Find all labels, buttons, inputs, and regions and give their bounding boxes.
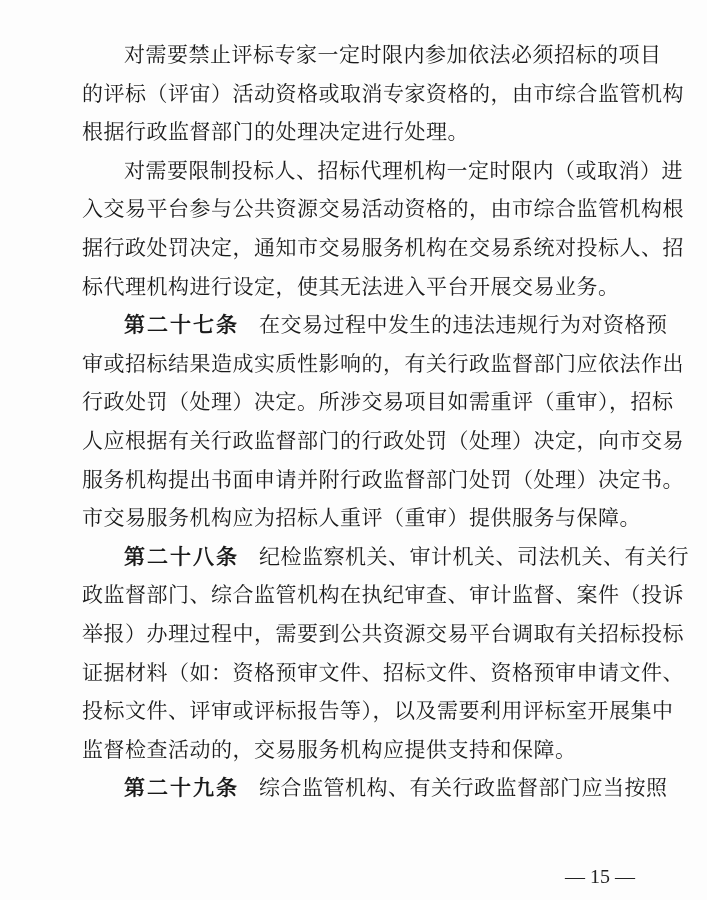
text-line: 行政处罚（处理）决定。所涉交易项目如需重评（重审），招标 [82,383,646,422]
text-line: 服务机构提出书面申请并附行政监督部门处罚（处理）决定书。 [82,461,646,500]
text-line: 的评标（评宙）活动资格或取消专家资格的，由市综合监管机构 [82,75,646,114]
text-line: 第二十九条综合监管机构、有关行政监督部门应当按照 [82,769,646,808]
text-line: 根据行政监督部门的处理决定进行处理。 [82,113,646,152]
text-line: 政监督部门、综合监管机构在执纪审查、审计监督、案件（投诉 [82,576,646,615]
text-line: 入交易平台参与公共资源交易活动资格的，由市综合监管机构根 [82,190,646,229]
text-line: 证据材料（如：资格预审文件、招标文件、资格预审申请文件、 [82,654,646,693]
article-title: 第二十七条 [124,313,239,337]
document-page: 对需要禁止评标专家一定时限内参加依法必须招标的项目 的评标（评宙）活动资格或取消… [0,0,707,900]
text-line: 对需要禁止评标专家一定时限内参加依法必须招标的项目 [82,36,646,75]
article-text: 在交易过程中发生的违法违规行为对资格预 [259,313,668,337]
text-line: 投标文件、评审或评标报告等），以及需要利用评标室开展集中 [82,692,646,731]
text-line: 市交易服务机构应为招标人重评（重审）提供服务与保障。 [82,499,646,538]
text-line: 据行政处罚决定，通知市交易服务机构在交易系统对投标人、招 [82,229,646,268]
paragraph-bidder-restriction: 对需要限制投标人、招标代理机构一定时限内（或取消）进 入交易平台参与公共资源交易… [82,152,646,306]
text-line: 标代理机构进行设定，使其无法进入平台开展交易业务。 [82,268,646,307]
text-line: 审或招标结果造成实质性影响的，有关行政监督部门应依法作出 [82,345,646,384]
text-line: 监督检查活动的，交易服务机构应提供支持和保障。 [82,731,646,770]
article-title: 第二十九条 [124,776,239,800]
text-line: 第二十七条在交易过程中发生的违法违规行为对资格预 [82,306,646,345]
article-text: 纪检监察机关、审计机关、司法机关、有关行 [259,545,689,569]
article-text: 综合监管机构、有关行政监督部门应当按照 [259,776,668,800]
page-number: — 15 — [565,866,635,889]
paragraph-expert-ban: 对需要禁止评标专家一定时限内参加依法必须招标的项目 的评标（评宙）活动资格或取消… [82,36,646,152]
article-27: 第二十七条在交易过程中发生的违法违规行为对资格预 审或招标结果造成实质性影响的，… [82,306,646,538]
article-title: 第二十八条 [124,545,239,569]
article-29: 第二十九条综合监管机构、有关行政监督部门应当按照 [82,769,646,808]
text-line: 对需要限制投标人、招标代理机构一定时限内（或取消）进 [82,152,646,191]
article-28: 第二十八条纪检监察机关、审计机关、司法机关、有关行 政监督部门、综合监管机构在执… [82,538,646,770]
text-line: 人应根据有关行政监督部门的行政处罚（处理）决定，向市交易 [82,422,646,461]
text-line: 举报）办理过程中，需要到公共资源交易平台调取有关招标投标 [82,615,646,654]
text-line: 第二十八条纪检监察机关、审计机关、司法机关、有关行 [82,538,646,577]
document-body: 对需要禁止评标专家一定时限内参加依法必须招标的项目 的评标（评宙）活动资格或取消… [82,36,646,808]
